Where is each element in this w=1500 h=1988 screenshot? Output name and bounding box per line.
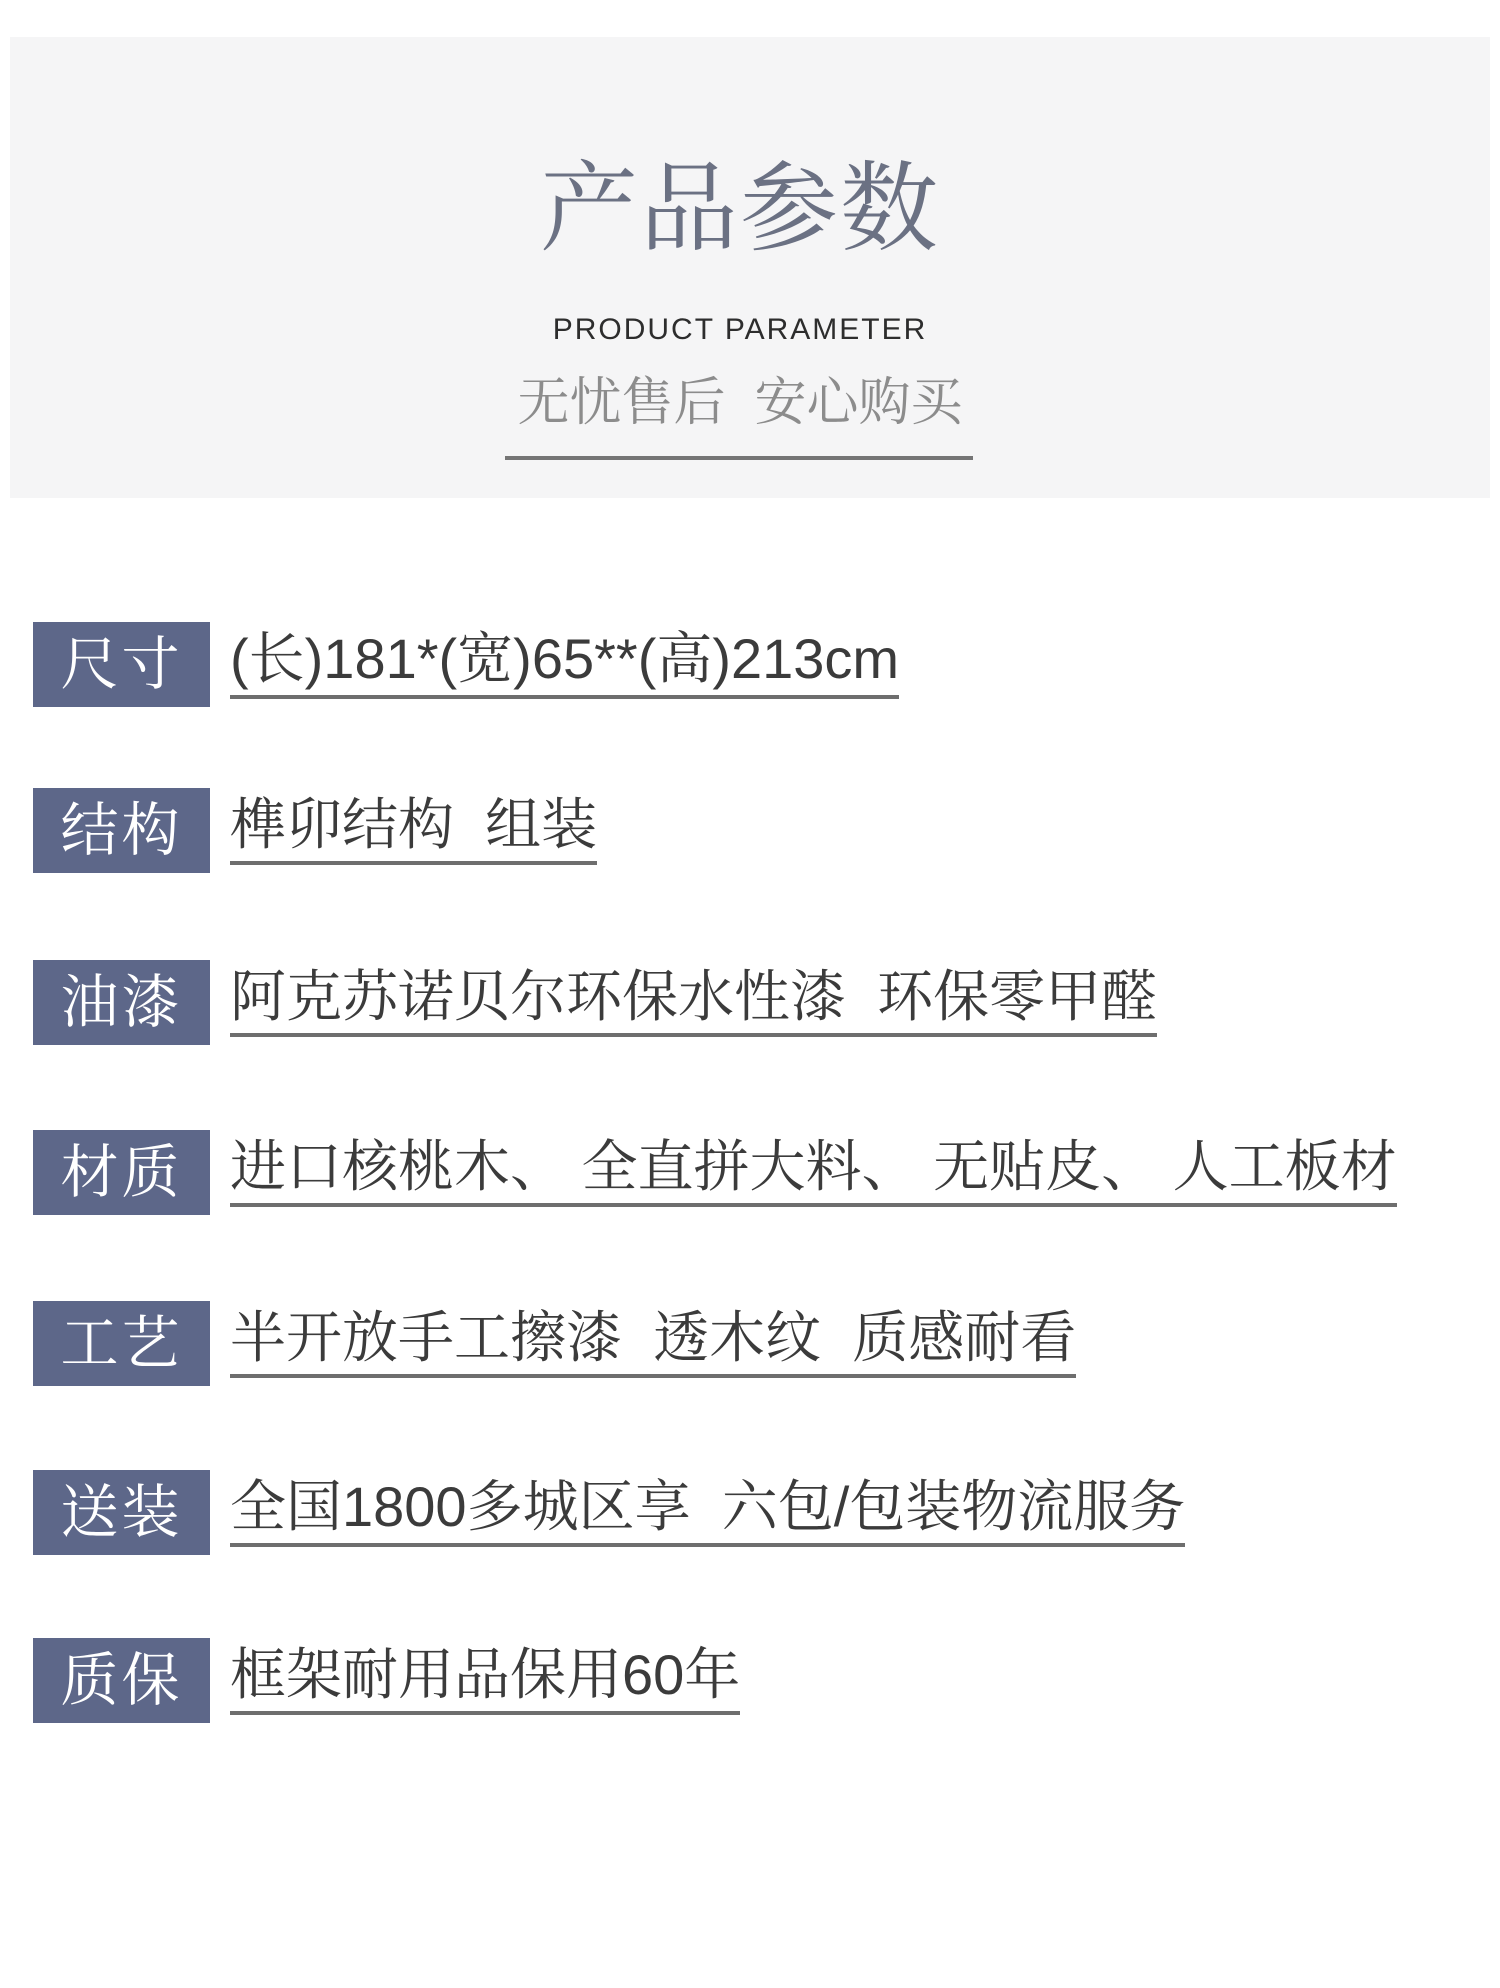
page-subtitle-en: PRODUCT PARAMETER <box>10 315 1470 345</box>
header-content: 产品参数 PRODUCT PARAMETER 无忧售后 安心购买 <box>10 37 1490 498</box>
param-value: 榫卯结构 组装 <box>230 797 597 865</box>
param-value: (长)181*(宽)65**(高)213cm <box>230 631 899 699</box>
param-row-paint: 油漆 阿克苏诺贝尔环保水性漆 环保零甲醛 <box>33 960 1157 1045</box>
header-panel: 产品参数 PRODUCT PARAMETER 无忧售后 安心购买 <box>10 37 1490 498</box>
param-value: 框架耐用品保用60年 <box>230 1647 740 1715</box>
param-label-badge: 尺寸 <box>33 622 210 707</box>
param-label-badge: 结构 <box>33 788 210 873</box>
param-row-material: 材质 进口核桃木、 全直拼大料、 无贴皮、 人工板材 <box>33 1130 1397 1215</box>
param-row-warranty: 质保 框架耐用品保用60年 <box>33 1638 740 1723</box>
param-label-badge: 质保 <box>33 1638 210 1723</box>
param-value: 半开放手工擦漆 透木纹 质感耐看 <box>230 1310 1076 1378</box>
param-value: 阿克苏诺贝尔环保水性漆 环保零甲醛 <box>230 969 1157 1037</box>
param-label-badge: 送装 <box>33 1470 210 1555</box>
param-value: 全国1800多城区享 六包/包装物流服务 <box>230 1479 1185 1547</box>
page-tagline: 无忧售后 安心购买 <box>10 377 1470 429</box>
param-row-delivery: 送装 全国1800多城区享 六包/包装物流服务 <box>33 1470 1185 1555</box>
product-parameter-page: 产品参数 PRODUCT PARAMETER 无忧售后 安心购买 尺寸 (长)1… <box>0 0 1500 1988</box>
param-row-craft: 工艺 半开放手工擦漆 透木纹 质感耐看 <box>33 1301 1076 1386</box>
param-row-size: 尺寸 (长)181*(宽)65**(高)213cm <box>33 622 899 707</box>
header-divider <box>505 456 973 460</box>
param-row-structure: 结构 榫卯结构 组装 <box>33 788 597 873</box>
param-label-badge: 材质 <box>33 1130 210 1215</box>
param-label-badge: 油漆 <box>33 960 210 1045</box>
param-value: 进口核桃木、 全直拼大料、 无贴皮、 人工板材 <box>230 1139 1397 1207</box>
page-title: 产品参数 <box>10 159 1470 257</box>
param-label-badge: 工艺 <box>33 1301 210 1386</box>
